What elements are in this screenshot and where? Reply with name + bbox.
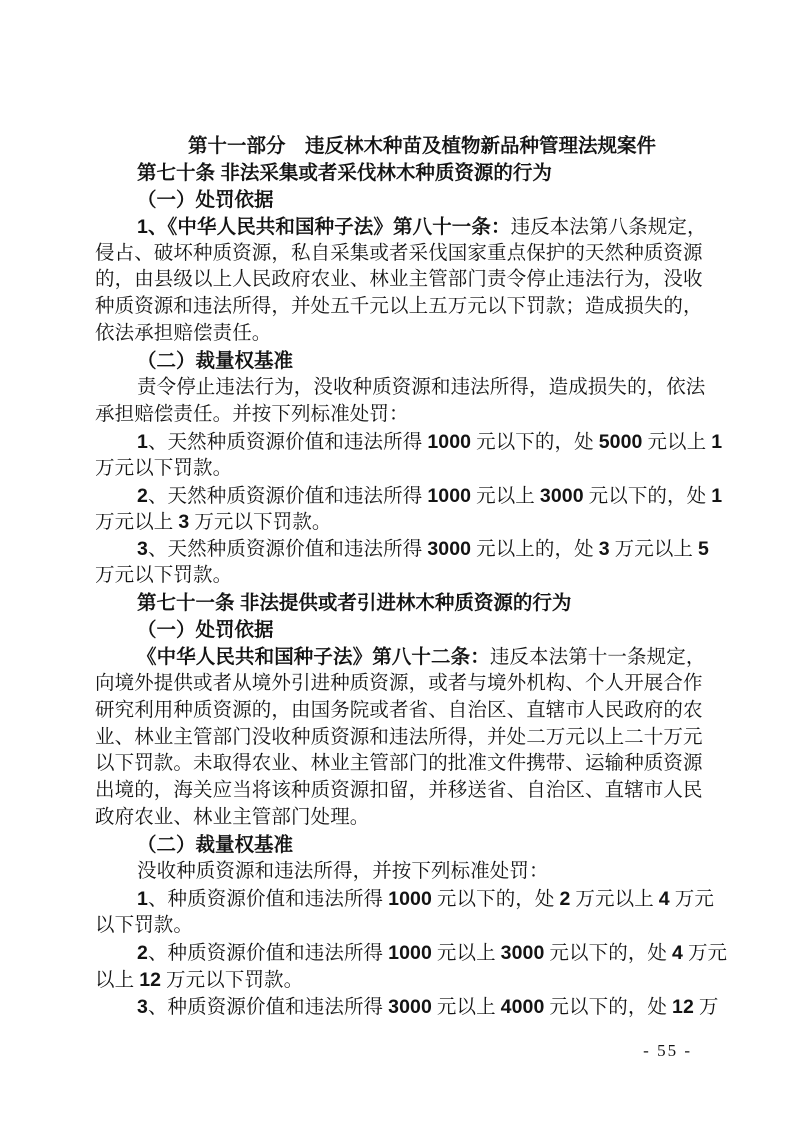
text-line: 依法承担赔偿责任。: [95, 321, 709, 348]
text-line: 以上 12 万元以下罚款。: [95, 967, 709, 994]
numeral: 1000: [427, 485, 471, 507]
text-line: 的，由县级以上人民政府农业、林业主管部门责令停止违法行为，没收: [95, 267, 709, 294]
body-text: 违反本法第八条规定，: [511, 217, 707, 238]
numeral: 3000: [540, 485, 584, 507]
text-line: 没收种质资源和违法所得，并按下列标准处罚：: [95, 859, 709, 886]
numeral: 1000: [388, 888, 432, 910]
numeral: 1: [711, 485, 722, 507]
text-line: 万元以下罚款。: [95, 563, 709, 590]
citation-bold-text: 1、《中华人民共和国种子法》第八十一条：: [137, 216, 511, 238]
text-line: 2、种质资源价值和违法所得 1000 元以上 3000 元以下的，处 4 万元: [95, 940, 709, 967]
text-line: 万元以下罚款。: [95, 456, 709, 483]
numeral: 4: [659, 888, 670, 910]
numeral: 3000: [501, 942, 545, 964]
document-page: 第十一部分 违反林木种苗及植物新品种管理法规案件第七十条 非法采集或者采伐林木种…: [0, 0, 793, 1122]
text-line: 业、林业主管部门没收种质资源和违法所得，并处二万元以上二十万元: [95, 725, 709, 752]
numeral: 12: [139, 969, 161, 991]
numeral: 1: [137, 888, 148, 910]
section-heading-line: （一）处罚依据: [95, 187, 709, 214]
numeral: 3: [137, 538, 148, 560]
numeral: 2: [559, 888, 570, 910]
numeral: 3: [178, 511, 189, 533]
text-line: 1、《中华人民共和国种子法》第八十一条：违反本法第八条规定，: [95, 214, 709, 241]
text-line: 万元以上 3 万元以下罚款。: [95, 509, 709, 536]
numeral: 5: [698, 538, 709, 560]
section-heading-line: 第七十一条 非法提供或者引进林木种质资源的行为: [95, 590, 709, 617]
numeral: 4: [672, 942, 683, 964]
text-line: 3、天然种质资源价值和违法所得 3000 元以上的，处 3 万元以上 5: [95, 536, 709, 563]
citation-bold-text: 《中华人民共和国种子法》第八十二条：: [137, 646, 490, 668]
section-heading-line: （二）裁量权基准: [95, 348, 709, 375]
text-line: 1、天然种质资源价值和违法所得 1000 元以下的，处 5000 元以上 1: [95, 429, 709, 456]
numeral: 1: [137, 216, 148, 238]
numeral: 2: [137, 485, 148, 507]
text-line: 向境外提供或者从境外引进种质资源，或者与境外机构、个人开展合作: [95, 671, 709, 698]
numeral: 1000: [427, 431, 471, 453]
body-text: 违反本法第十一条规定，: [490, 647, 706, 668]
numeral: 1: [711, 431, 722, 453]
page-number: - 55 -: [643, 1041, 692, 1061]
numeral: 3000: [388, 996, 432, 1018]
text-line: 承担赔偿责任。并按下列标准处罚：: [95, 402, 709, 429]
text-line: 以下罚款。未取得农业、林业主管部门的批准文件携带、运输种质资源: [95, 751, 709, 778]
numeral: 3: [137, 996, 148, 1018]
numeral: 4000: [501, 996, 545, 1018]
numeral: 3: [599, 538, 610, 560]
text-line: 政府农业、林业主管部门处理。: [95, 805, 709, 832]
text-line: 侵占、破坏种质资源，私自采集或者采伐国家重点保护的天然种质资源: [95, 241, 709, 268]
text-line: 1、种质资源价值和违法所得 1000 元以下的，处 2 万元以上 4 万元: [95, 886, 709, 913]
document-title: 第十一部分 违反林木种苗及植物新品种管理法规案件: [95, 133, 709, 160]
numeral: 5000: [599, 431, 643, 453]
numeral: 12: [672, 996, 694, 1018]
numeral: 1: [137, 431, 148, 453]
numeral: 3000: [427, 538, 471, 560]
numeral: 2: [137, 942, 148, 964]
section-heading-line: （二）裁量权基准: [95, 832, 709, 859]
text-line: 2、天然种质资源价值和违法所得 1000 元以上 3000 元以下的，处 1: [95, 483, 709, 510]
section-heading-line: 第七十条 非法采集或者采伐林木种质资源的行为: [95, 160, 709, 187]
numeral: 1000: [388, 942, 432, 964]
text-line: 种质资源和违法所得，并处五千元以上五万元以下罚款；造成损失的，: [95, 294, 709, 321]
text-line: 出境的，海关应当将该种质资源扣留，并移送省、自治区、直辖市人民: [95, 778, 709, 805]
document-content: 第十一部分 违反林木种苗及植物新品种管理法规案件第七十条 非法采集或者采伐林木种…: [95, 133, 709, 1020]
section-heading-line: （一）处罚依据: [95, 617, 709, 644]
text-line: 3、种质资源价值和违法所得 3000 元以上 4000 元以下的，处 12 万: [95, 994, 709, 1021]
text-line: 《中华人民共和国种子法》第八十二条：违反本法第十一条规定，: [95, 644, 709, 671]
text-line: 责令停止违法行为，没收种质资源和违法所得，造成损失的，依法: [95, 375, 709, 402]
text-line: 研究利用种质资源的，由国务院或者省、自治区、直辖市人民政府的农: [95, 698, 709, 725]
text-line: 以下罚款。: [95, 913, 709, 940]
